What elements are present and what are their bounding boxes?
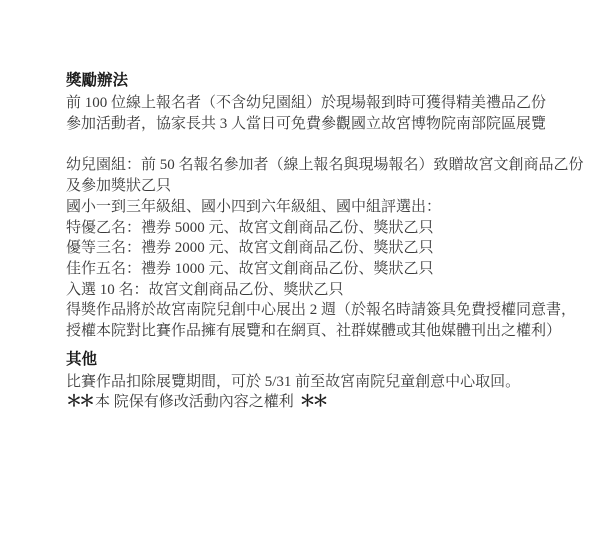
stars-suffix: ＊＊	[300, 393, 326, 410]
blank-line	[66, 134, 576, 155]
section-heading-awards: 獎勵辦法	[66, 70, 576, 91]
awards-line-2: 參加活動者，協家長共 3 人當日可免費參觀國立故宮博物院南部院區展覽	[66, 114, 576, 135]
closing-note: ＊＊本 院保有修改活動內容之權利 ＊＊	[66, 392, 576, 413]
exhibition-line-1: 得獎作品將於故宮南院兒創中心展出 2 週（於報名時請簽具免費授權同意書，	[66, 300, 576, 321]
groups-criteria-line: 國小一到三年級組、國小四到六年級組、國中組評選出：	[66, 197, 576, 218]
exhibition-line-2: 授權本院對比賽作品擁有展覽和在網頁、社群媒體或其他媒體刊出之權利）	[66, 321, 576, 342]
prize-selected-line: 入選 10 名：故宮文創商品乙份、獎狀乙只	[66, 280, 576, 301]
awards-line-1: 前 100 位線上報名者（不含幼兒園組）於現場報到時可獲得精美禮品乙份	[66, 93, 576, 114]
prize-excellent-line: 優等三名：禮券 2000 元、故宮文創商品乙份、獎狀乙只	[66, 238, 576, 259]
prize-merit-line: 佳作五名：禮券 1000 元、故宮文創商品乙份、獎狀乙只	[66, 259, 576, 280]
section-heading-other: 其他	[66, 349, 576, 370]
closing-text: 本 院保有修改活動內容之權利	[95, 394, 298, 410]
document-canvas: { "colors": { "background": "#ffffff", "…	[0, 0, 603, 534]
stars-prefix: ＊＊	[66, 393, 92, 410]
prize-special-line: 特優乙名：禮券 5000 元、故宮文創商品乙份、獎狀乙只	[66, 218, 576, 239]
retrieval-line: 比賽作品扣除展覽期間，可於 5/31 前至故宮南院兒童創意中心取回。	[66, 372, 576, 393]
document-page: 獎勵辦法 前 100 位線上報名者（不含幼兒園組）於現場報到時可獲得精美禮品乙份…	[66, 70, 576, 413]
kindergarten-line-1: 幼兒園組：前 50 名報名參加者（線上報名與現場報名）致贈故宮文創商品乙份	[66, 155, 576, 176]
kindergarten-line-2: 及參加獎狀乙只	[66, 176, 576, 197]
